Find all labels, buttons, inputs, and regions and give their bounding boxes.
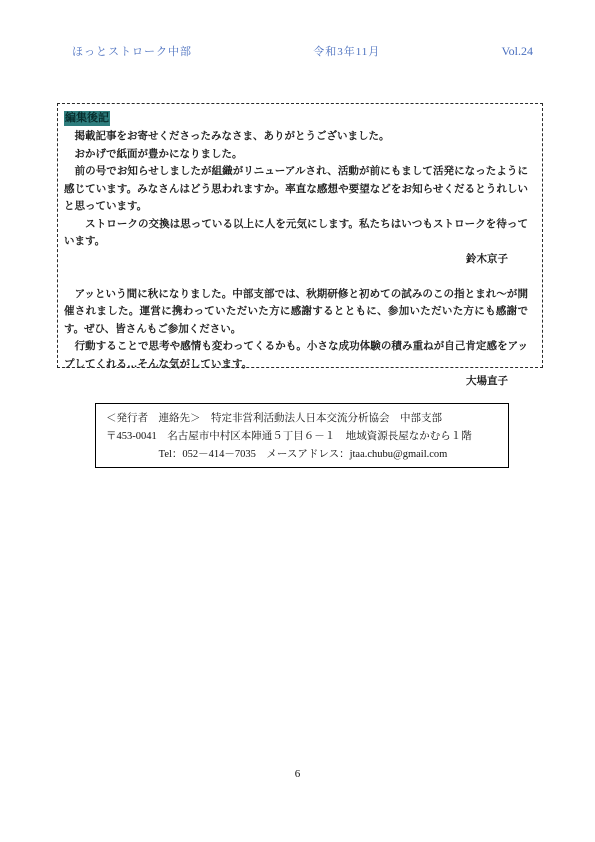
editors-note-paragraph: 掲載記事をお寄せくださったみなさま、ありがとうございました。: [64, 128, 528, 146]
publisher-contact-box: ＜発行者 連絡先＞ 特定非営利活動法人日本交流分析協会 中部支部 〒453-00…: [95, 403, 509, 468]
page-header: ほっとストローク中部 令和3年11月 Vol.24: [0, 43, 595, 59]
editors-note-paragraph: ストロークの交換は思っている以上に人を元気にします。私たちはいつもストロークを待…: [64, 216, 528, 251]
newsletter-title: ほっとストローク中部: [72, 43, 192, 59]
volume-number: Vol.24: [502, 44, 533, 59]
signature-oba: 大場直子: [64, 373, 528, 391]
editors-note-paragraph: アッという間に秋になりました。中部支部では、秋期研修と初めての試みのこの指とまれ…: [64, 286, 528, 339]
publisher-address-line: 〒453-0041 名古屋市中村区本陣通５丁目６－１ 地域資源長屋なかむら１階: [106, 428, 500, 446]
page-number: 6: [295, 768, 301, 780]
editors-note-paragraph: 前の号でお知らせしましたが組織がリニューアルされ、活動が前にもまして活発になった…: [64, 163, 528, 216]
newsletter-page: ほっとストローク中部 令和3年11月 Vol.24 編集後記 掲載記事をお寄せく…: [0, 0, 595, 842]
issue-date: 令和3年11月: [313, 43, 380, 59]
editors-note-box: 編集後記 掲載記事をお寄せくださったみなさま、ありがとうございました。 おかげで…: [57, 103, 543, 368]
signature-suzuki: 鈴木京子: [64, 251, 528, 269]
editors-note-paragraph: 行動することで思考や感情も変わってくるかも。小さな成功体験の積み重ねが自己肯定感…: [64, 338, 528, 373]
publisher-name-line: ＜発行者 連絡先＞ 特定非営利活動法人日本交流分析協会 中部支部: [106, 410, 500, 428]
editors-note-title: 編集後記: [64, 111, 110, 126]
publisher-tel-email-line: Tel：052－414－7035 メースアドレス：jtaa.chubu@gmai…: [106, 446, 500, 464]
editors-note-paragraph: おかげで紙面が豊かになりました。: [64, 146, 528, 164]
